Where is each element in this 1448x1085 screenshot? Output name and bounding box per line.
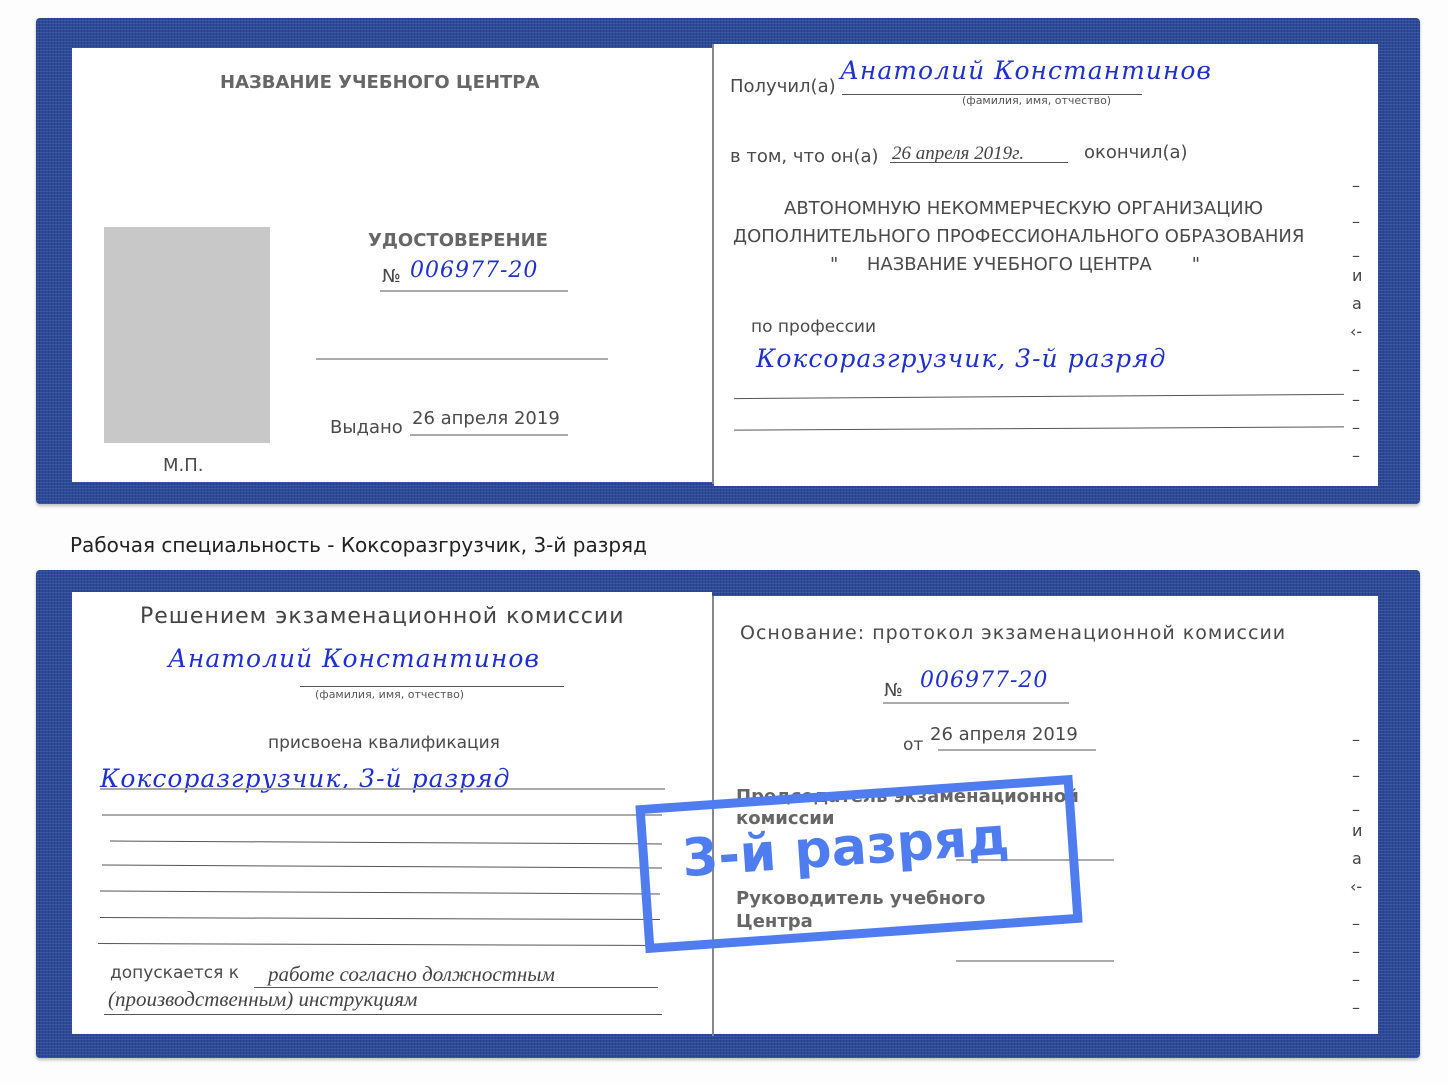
edge-mark: – bbox=[1352, 176, 1360, 195]
photo-placeholder bbox=[104, 227, 270, 443]
issued-label: Выдано bbox=[330, 417, 403, 438]
grade-stamp: 3-й разряд bbox=[635, 775, 1082, 953]
edge-mark: а bbox=[1352, 294, 1362, 313]
edge-mark: – bbox=[1352, 446, 1360, 465]
protocol-number-underline bbox=[883, 702, 1069, 704]
edge-mark: – bbox=[1352, 730, 1360, 749]
protocol-number: 006977-20 bbox=[920, 668, 1048, 693]
head-signature-line bbox=[956, 960, 1114, 962]
blank-line bbox=[316, 358, 608, 360]
person-name: Анатолий Константинов bbox=[168, 644, 540, 673]
edge-mark: и bbox=[1352, 821, 1362, 840]
finished-label: окончил(а) bbox=[1084, 142, 1188, 163]
top-spine bbox=[712, 44, 714, 484]
edge-mark: – bbox=[1352, 390, 1360, 409]
qualification-underline-1 bbox=[100, 788, 665, 790]
edge-mark: – bbox=[1352, 914, 1360, 933]
profession-label: по профессии bbox=[751, 317, 876, 337]
number-label: № bbox=[382, 266, 401, 287]
protocol-number-label: № bbox=[884, 680, 903, 701]
edge-mark: – bbox=[1352, 970, 1360, 989]
edge-mark: ‹- bbox=[1350, 322, 1362, 341]
edge-mark: – bbox=[1352, 246, 1360, 265]
decision-title: Решением экзаменационной комиссии bbox=[140, 604, 625, 629]
from-label: от bbox=[903, 735, 923, 755]
basis-label: Основание: протокол экзаменационной коми… bbox=[740, 622, 1286, 644]
that-label: в том, что он(а) bbox=[730, 146, 879, 167]
admitted-value-2: (производственным) инструкциям bbox=[108, 987, 417, 1012]
grade-stamp-text: 3-й разряд bbox=[680, 807, 1011, 890]
edge-mark: – bbox=[1352, 418, 1360, 437]
specialty-caption: Рабочая специальность - Коксоразгрузчик,… bbox=[70, 533, 647, 557]
person-name-underline bbox=[300, 686, 564, 687]
profession-value: Коксоразгрузчик, 3-й разряд bbox=[756, 344, 1167, 373]
edge-mark: – bbox=[1352, 942, 1360, 961]
admitted-value-1: работе согласно должностным bbox=[268, 962, 555, 987]
from-date-underline bbox=[938, 749, 1096, 751]
seal-label: М.П. bbox=[163, 455, 204, 476]
edge-mark: а bbox=[1352, 849, 1362, 868]
that-date-underline bbox=[890, 162, 1068, 163]
person-name-hint: (фамилия, имя, отчество) bbox=[315, 688, 464, 701]
edge-mark: – bbox=[1352, 766, 1360, 785]
edge-mark: ‹- bbox=[1350, 877, 1362, 896]
admitted-label: допускается к bbox=[110, 963, 239, 983]
doc-title: УДОСТОВЕРЕНИЕ bbox=[368, 230, 548, 251]
number-underline bbox=[380, 290, 568, 292]
from-date: 26 апреля 2019 bbox=[930, 724, 1078, 745]
qualification-underline-2 bbox=[102, 814, 662, 816]
edge-mark: – bbox=[1352, 212, 1360, 231]
received-name: Анатолий Константинов bbox=[840, 56, 1212, 85]
issued-underline bbox=[410, 434, 568, 436]
qualification-label: присвоена квалификация bbox=[268, 733, 500, 753]
admitted-underline-2 bbox=[104, 1014, 662, 1015]
edge-mark: – bbox=[1352, 998, 1360, 1017]
edge-mark: и bbox=[1352, 266, 1362, 285]
certificate-number: 006977-20 bbox=[410, 258, 538, 283]
issued-date: 26 апреля 2019 bbox=[412, 408, 560, 429]
received-name-hint: (фамилия, имя, отчество) bbox=[962, 94, 1111, 107]
edge-mark: – bbox=[1352, 800, 1360, 819]
received-label: Получил(а) bbox=[730, 76, 836, 97]
edge-mark: – bbox=[1352, 360, 1360, 379]
org-line-3: " НАЗВАНИЕ УЧЕБНОГО ЦЕНТРА " bbox=[830, 254, 1200, 275]
org-title: НАЗВАНИЕ УЧЕБНОГО ЦЕНТРА bbox=[220, 72, 539, 93]
org-line-2: ДОПОЛНИТЕЛЬНОГО ПРОФЕССИОНАЛЬНОГО ОБРАЗО… bbox=[733, 226, 1304, 247]
org-line-1: АВТОНОМНУЮ НЕКОММЕРЧЕСКУЮ ОРГАНИЗАЦИЮ bbox=[784, 198, 1263, 219]
